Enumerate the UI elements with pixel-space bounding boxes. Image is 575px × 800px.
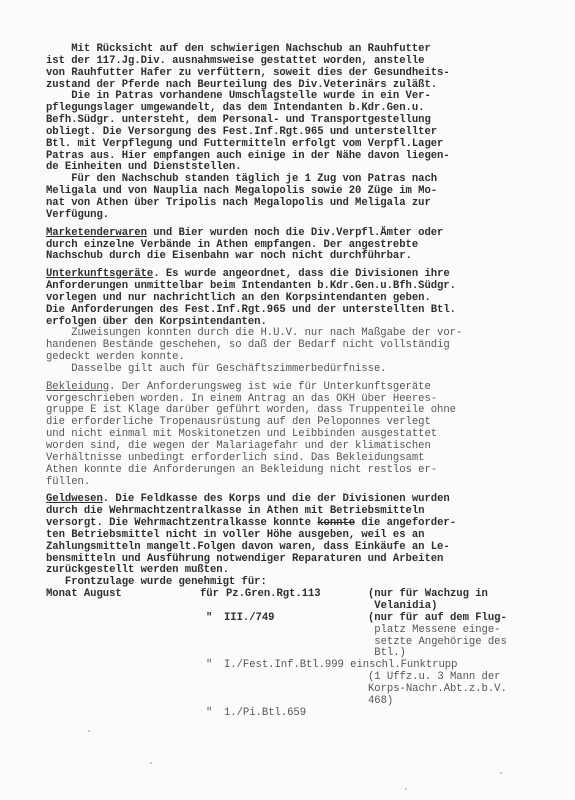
text-line: obliegt. Die Versorgung des Fest.Inf.Rgt… [46, 127, 556, 139]
text-line: von Rauhfutter Hafer zu verfüttern, sowe… [46, 68, 556, 80]
text-line: ten Betriebsmittel nicht in voller Höhe … [46, 530, 556, 542]
document-body: Mit Rücksicht auf den schwierigen Nachsc… [46, 44, 556, 719]
text-line: Btl. mit Verpflegung und Futtermitteln e… [46, 139, 556, 151]
paper-speck [88, 730, 90, 732]
entry-unit: Pz.Gren.Rgt.113 [226, 589, 321, 601]
list-item: Monat August für Pz.Gren.Rgt.113 (nur fü… [46, 589, 556, 601]
list-item-continuation: 468) [46, 696, 556, 708]
list-item: " 1./Pi.Btl.659 [46, 708, 556, 720]
text-fragment: . Die Feldkasse des Korps und die der Di… [103, 493, 450, 505]
section-bekleidung: Bekleidung. Der Anforderungsweg ist wie … [46, 382, 556, 489]
paper-speck [150, 762, 152, 764]
text-line: Marketenderwaren und Bier wurden noch di… [46, 228, 556, 240]
list-item-continuation: Korps-Nachr.Abt.z.b.V. [46, 684, 556, 696]
paragraph-rauhfutter: Mit Rücksicht auf den schwierigen Nachsc… [46, 44, 556, 222]
text-fragment: die angeforder- [355, 517, 456, 529]
text-line: Die Anforderungen des Fest.Inf.Rgt.965 u… [46, 305, 556, 317]
text-line: Verfügung. [46, 210, 556, 222]
text-line: Athen konnte die Anforderungen an Beklei… [46, 465, 556, 477]
section-heading: Marketenderwaren [46, 227, 147, 239]
entry-mark: " [206, 613, 212, 625]
entry-note: (nur für auf dem Flug- [368, 613, 507, 625]
text-fragment: . Es wurde angeordnet, dass die Division… [153, 268, 449, 280]
frontzulage-list: Monat August für Pz.Gren.Rgt.113 (nur fü… [46, 589, 556, 719]
month-label: Monat August [46, 589, 122, 601]
text-line: Dasselbe gilt auch für Geschäftszimmerbe… [46, 364, 556, 376]
list-item-continuation: setzte Angehörige des [46, 637, 556, 649]
entry-mark: für [200, 589, 219, 601]
list-item-continuation: platz Messene einge- [46, 625, 556, 637]
text-line: vorlegen und nur nachrichtlich an den Ko… [46, 293, 556, 305]
entry-note: Korps-Nachr.Abt.z.b.V. [368, 684, 507, 696]
entry-unit: 1./Pi.Btl.659 [224, 708, 306, 720]
entry-mark: " [206, 660, 212, 672]
section-heading: Unterkunftsgeräte [46, 268, 153, 280]
text-line: Nachschub durch die Eisenbahn war noch n… [46, 251, 556, 263]
paper-speck [405, 788, 407, 790]
struck-word: konnte [317, 517, 355, 529]
text-fragment: versorgt. Die Wehrmachtzentralkasse konn… [46, 517, 317, 529]
section-unterkunftsgeraete: Unterkunftsgeräte. Es wurde angeordnet, … [46, 269, 556, 376]
typewritten-page: Mit Rücksicht auf den schwierigen Nachsc… [0, 0, 575, 800]
section-marketenderwaren: Marketenderwaren und Bier wurden noch di… [46, 228, 556, 264]
list-item: " III./749 (nur für auf dem Flug- [46, 613, 556, 625]
entry-note: 468) [368, 696, 393, 708]
text-line: nat von Athen über Tripolis nach Megalop… [46, 198, 556, 210]
text-line: Verhältnisse unbedingt erforderlich sind… [46, 453, 556, 465]
text-line: Bekleidung. Der Anforderungsweg ist wie … [46, 382, 556, 394]
section-heading: Geldwesen [46, 493, 103, 505]
paper-speck [500, 772, 502, 774]
text-fragment: und Bier wurden noch die Div.Verpfl.Ämte… [147, 227, 443, 239]
text-line: ist der 117.Jg.Div. ausnahmsweise gestat… [46, 56, 556, 68]
section-heading: Bekleidung [46, 381, 109, 393]
text-line: Zahlungsmitteln mangelt.Folgen davon war… [46, 542, 556, 554]
text-line: füllen. [46, 477, 556, 489]
entry-note: platz Messene einge- [368, 625, 500, 637]
text-fragment: . Der Anforderungsweg ist wie für Unterk… [109, 381, 431, 393]
entry-unit: III./749 [224, 613, 274, 625]
section-geldwesen: Geldwesen. Die Feldkasse des Korps und d… [46, 494, 556, 589]
entry-mark: " [206, 708, 212, 720]
